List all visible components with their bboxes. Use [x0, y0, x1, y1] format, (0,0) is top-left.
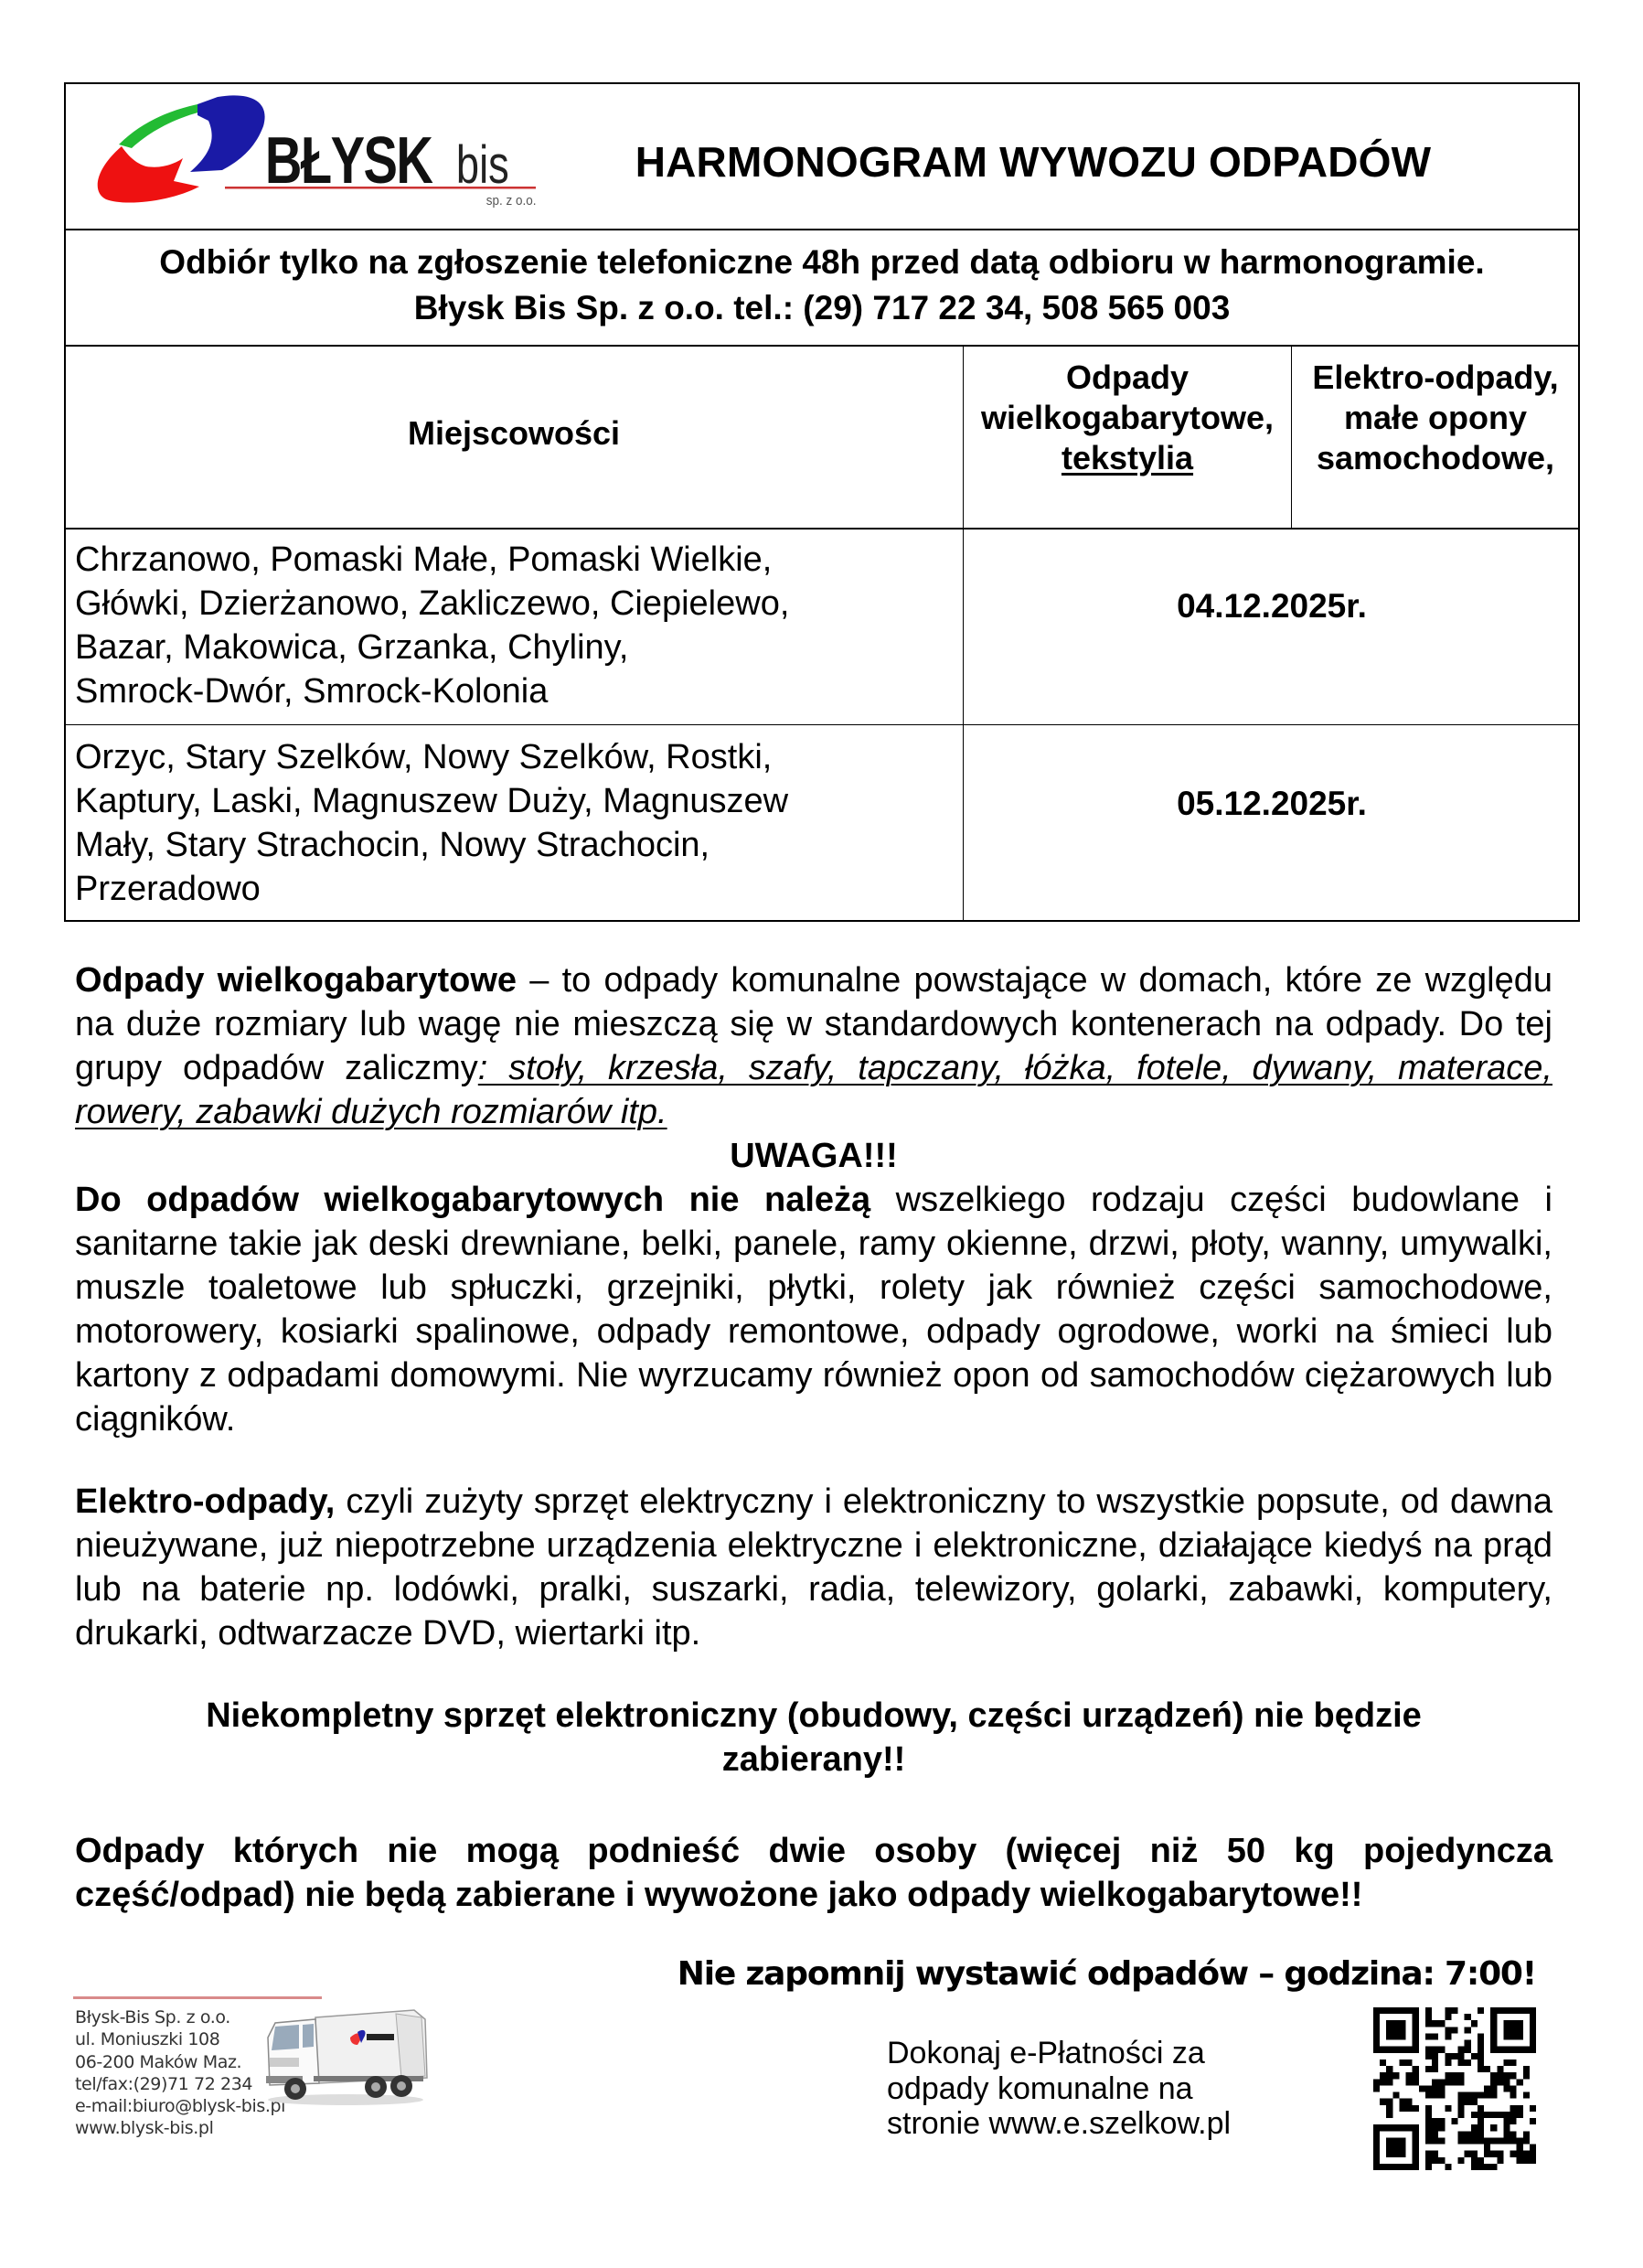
incomplete-equipment-warning: Niekompletny sprzęt elektroniczny (obudo… [75, 1694, 1552, 1781]
logo-brand-suffix: bis [456, 136, 509, 196]
table-column-divider [963, 345, 964, 922]
heavy-waste-warning: Odpady których nie mogą podnieść dwie os… [75, 1829, 1552, 1917]
pickup-time-reminder: Nie zapomnij wystawić odpadów – godzina:… [567, 1955, 1536, 1993]
pickup-notice: Odbiór tylko na zgłoszenie telefoniczne … [66, 240, 1578, 331]
footer-divider [73, 1996, 322, 1999]
table-divider [64, 528, 1580, 530]
textiles-label: tekstylia [1062, 439, 1193, 476]
epayment-info: Dokonaj e-Płatności za odpady komunalne … [887, 2036, 1231, 2142]
logo-brand-text: BŁYSK [265, 123, 433, 197]
svg-text:sp. z o.o.: sp. z o.o. [486, 193, 537, 209]
page-title: HARMONOGRAM WYWOZU ODPADÓW [549, 137, 1518, 187]
bulky-waste-definition: Odpady wielkogabarytowe – to odpady komu… [75, 958, 1552, 1134]
table-divider [64, 724, 1580, 725]
epayment-website[interactable]: stronie www.e.szelkow.pl [887, 2106, 1231, 2142]
qr-code[interactable] [1373, 2007, 1536, 2170]
column-header-bulky: Odpady wielkogabarytowe, tekstylia [965, 358, 1290, 478]
logo-blue-swoosh [190, 95, 265, 172]
table-column-divider [1291, 345, 1292, 529]
garbage-truck-image [259, 2005, 432, 2107]
bulky-waste-exclusions: Do odpadów wielkogabarytowych nie należą… [75, 1178, 1552, 1441]
company-email: e-mail:biuro@blysk-bis.pl [75, 2095, 285, 2117]
table-divider [64, 345, 1580, 347]
warning-heading: UWAGA!!! [75, 1134, 1552, 1178]
column-header-electro: Elektro-odpady, małe opony samochodowe, [1293, 358, 1578, 478]
pickup-notice-line: Odbiór tylko na zgłoszenie telefoniczne … [66, 240, 1578, 285]
company-website: www.blysk-bis.pl [75, 2117, 285, 2139]
table-row-places: Chrzanowo, Pomaski Małe, Pomaski Wielkie… [75, 538, 953, 713]
company-address: Błysk-Bis Sp. z o.o. ul. Moniuszki 108 0… [75, 2006, 285, 2140]
pickup-date: 04.12.2025r. [965, 587, 1579, 626]
column-header-places: Miejscowości [66, 413, 962, 454]
logo-red-swoosh [98, 146, 199, 203]
logo-green-swoosh [119, 102, 208, 148]
electro-waste-definition: Elektro-odpady, czyli zużyty sprzęt elek… [75, 1480, 1552, 1655]
table-divider [64, 229, 1580, 230]
contact-phone-line: Błysk Bis Sp. z o.o. tel.: (29) 717 22 3… [66, 285, 1578, 331]
company-logo: BŁYSK bis sp. z o.o. [90, 91, 547, 215]
table-row-places: Orzyc, Stary Szelków, Nowy Szelków, Rost… [75, 735, 953, 911]
pickup-date: 05.12.2025r. [965, 785, 1579, 823]
